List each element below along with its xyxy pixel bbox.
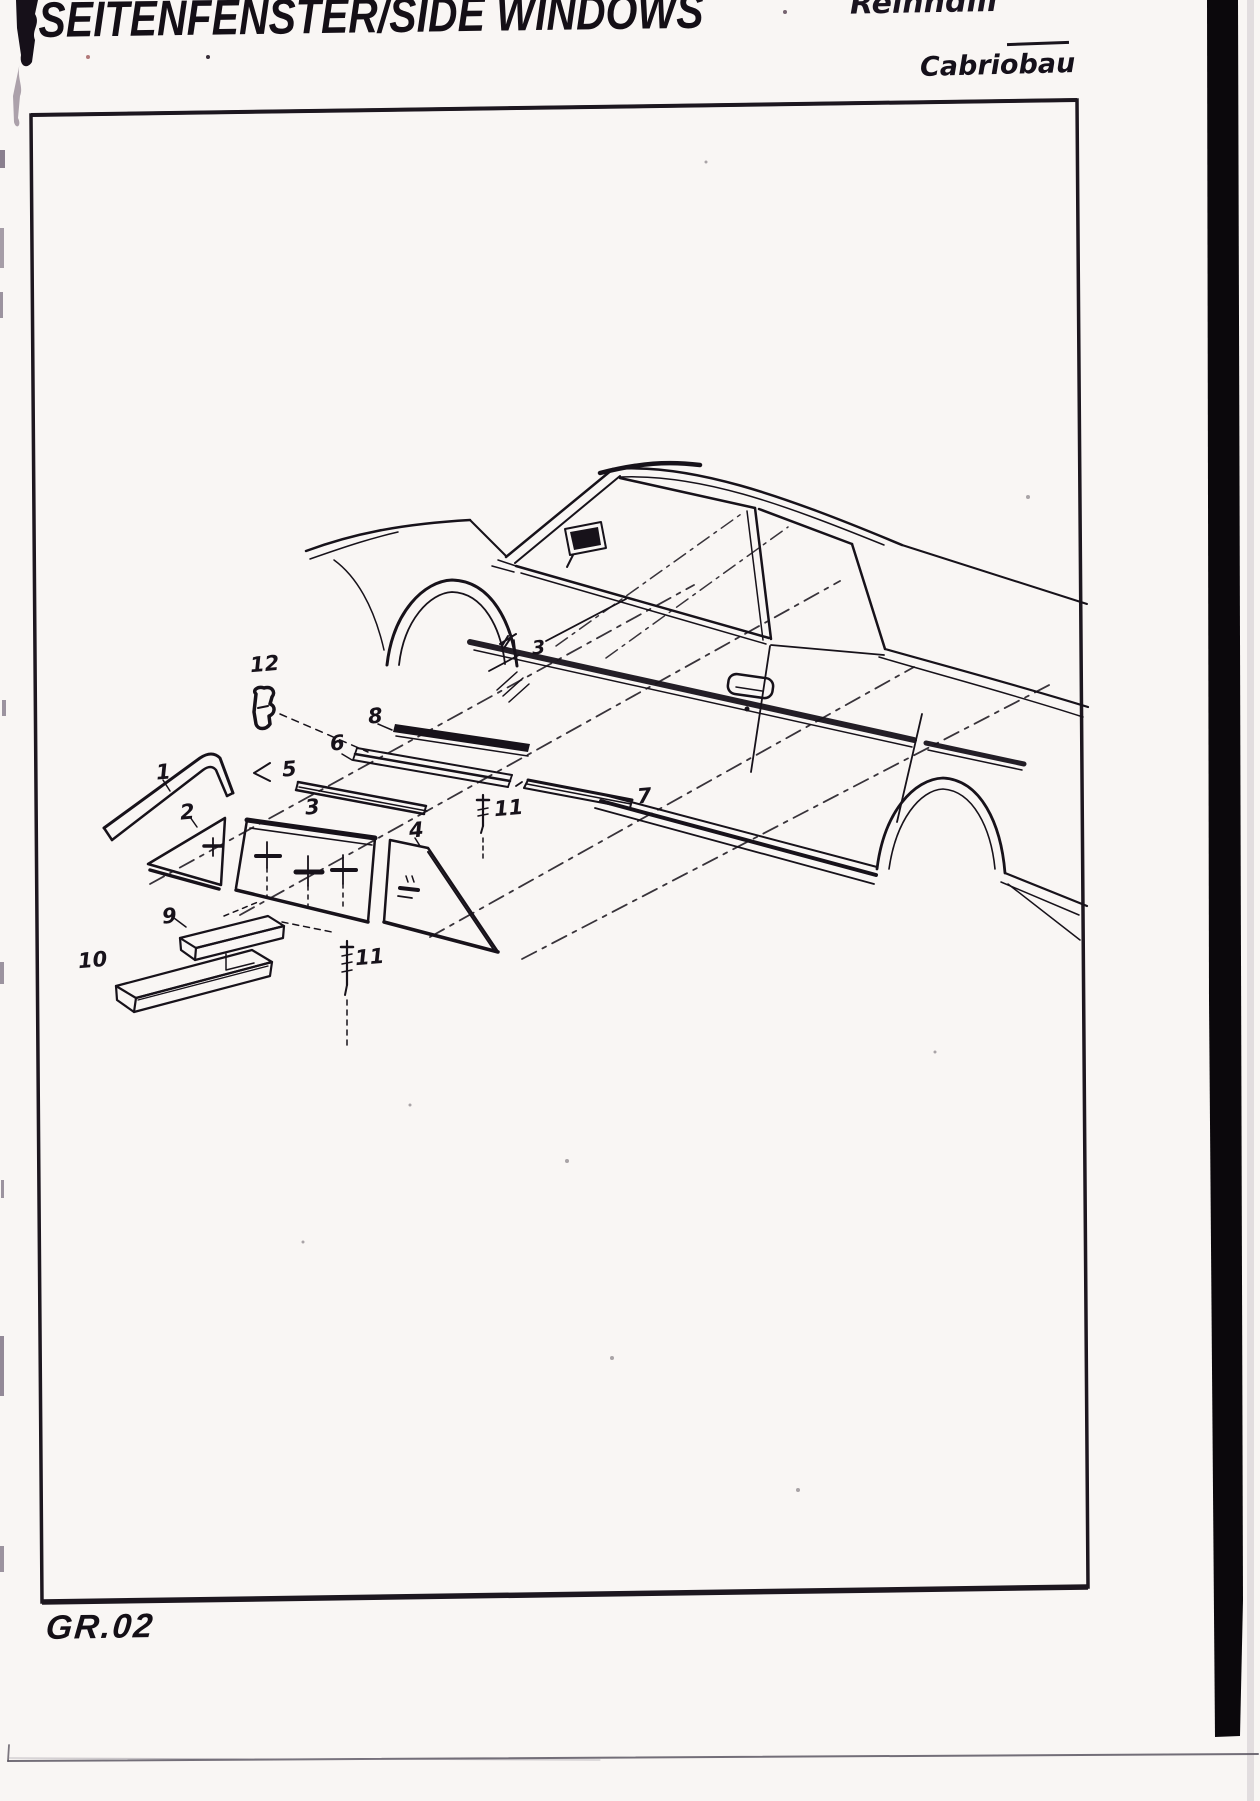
callout-part-5: 5 xyxy=(281,756,298,781)
callout-part-3: 3 xyxy=(304,794,321,819)
callout-part-10: 10 xyxy=(77,947,108,973)
scan-bar-right xyxy=(1207,0,1254,1801)
callout-part-12: 12 xyxy=(249,651,280,677)
group-code: GR.02 xyxy=(44,1607,156,1648)
handwritten-name-text: Reinhdlll xyxy=(850,0,1030,22)
callout-part-11-upper: 11 xyxy=(493,795,524,821)
callout-part-9: 9 xyxy=(161,903,178,928)
callout-part-1: 1 xyxy=(155,759,172,784)
frame-border xyxy=(31,100,1088,1602)
part-6-trim-strip xyxy=(342,748,512,787)
callout-part-7: 7 xyxy=(636,783,653,808)
part-12-clip xyxy=(254,687,368,752)
callout-part-3-on-car: 3 xyxy=(531,636,546,659)
screw-upper xyxy=(477,795,489,858)
callout-part-8: 8 xyxy=(367,703,384,728)
part-4-rear-quarter-glass xyxy=(384,838,498,952)
scanned-page: SEITENFENSTER/SIDE WINDOWS Reinhdlll Cab… xyxy=(0,0,1260,1801)
diagram-canvas xyxy=(0,0,1260,1801)
callout-part-11-lower: 11 xyxy=(354,944,385,970)
callout-part-6: 6 xyxy=(329,730,346,755)
part-3-door-glass xyxy=(236,820,375,932)
callout-part-2: 2 xyxy=(179,799,196,824)
callout-part-4: 4 xyxy=(408,817,425,842)
part-8-trim-strip xyxy=(378,724,530,756)
handwritten-department: Cabriobau xyxy=(920,48,1076,83)
handwritten-name: Reinhdlll xyxy=(850,0,1030,40)
scan-line-bottom xyxy=(8,1745,1258,1761)
screw-lower xyxy=(341,941,353,1048)
scan-artifacts-left xyxy=(0,0,787,1572)
part-5-trim-strip xyxy=(254,763,427,814)
